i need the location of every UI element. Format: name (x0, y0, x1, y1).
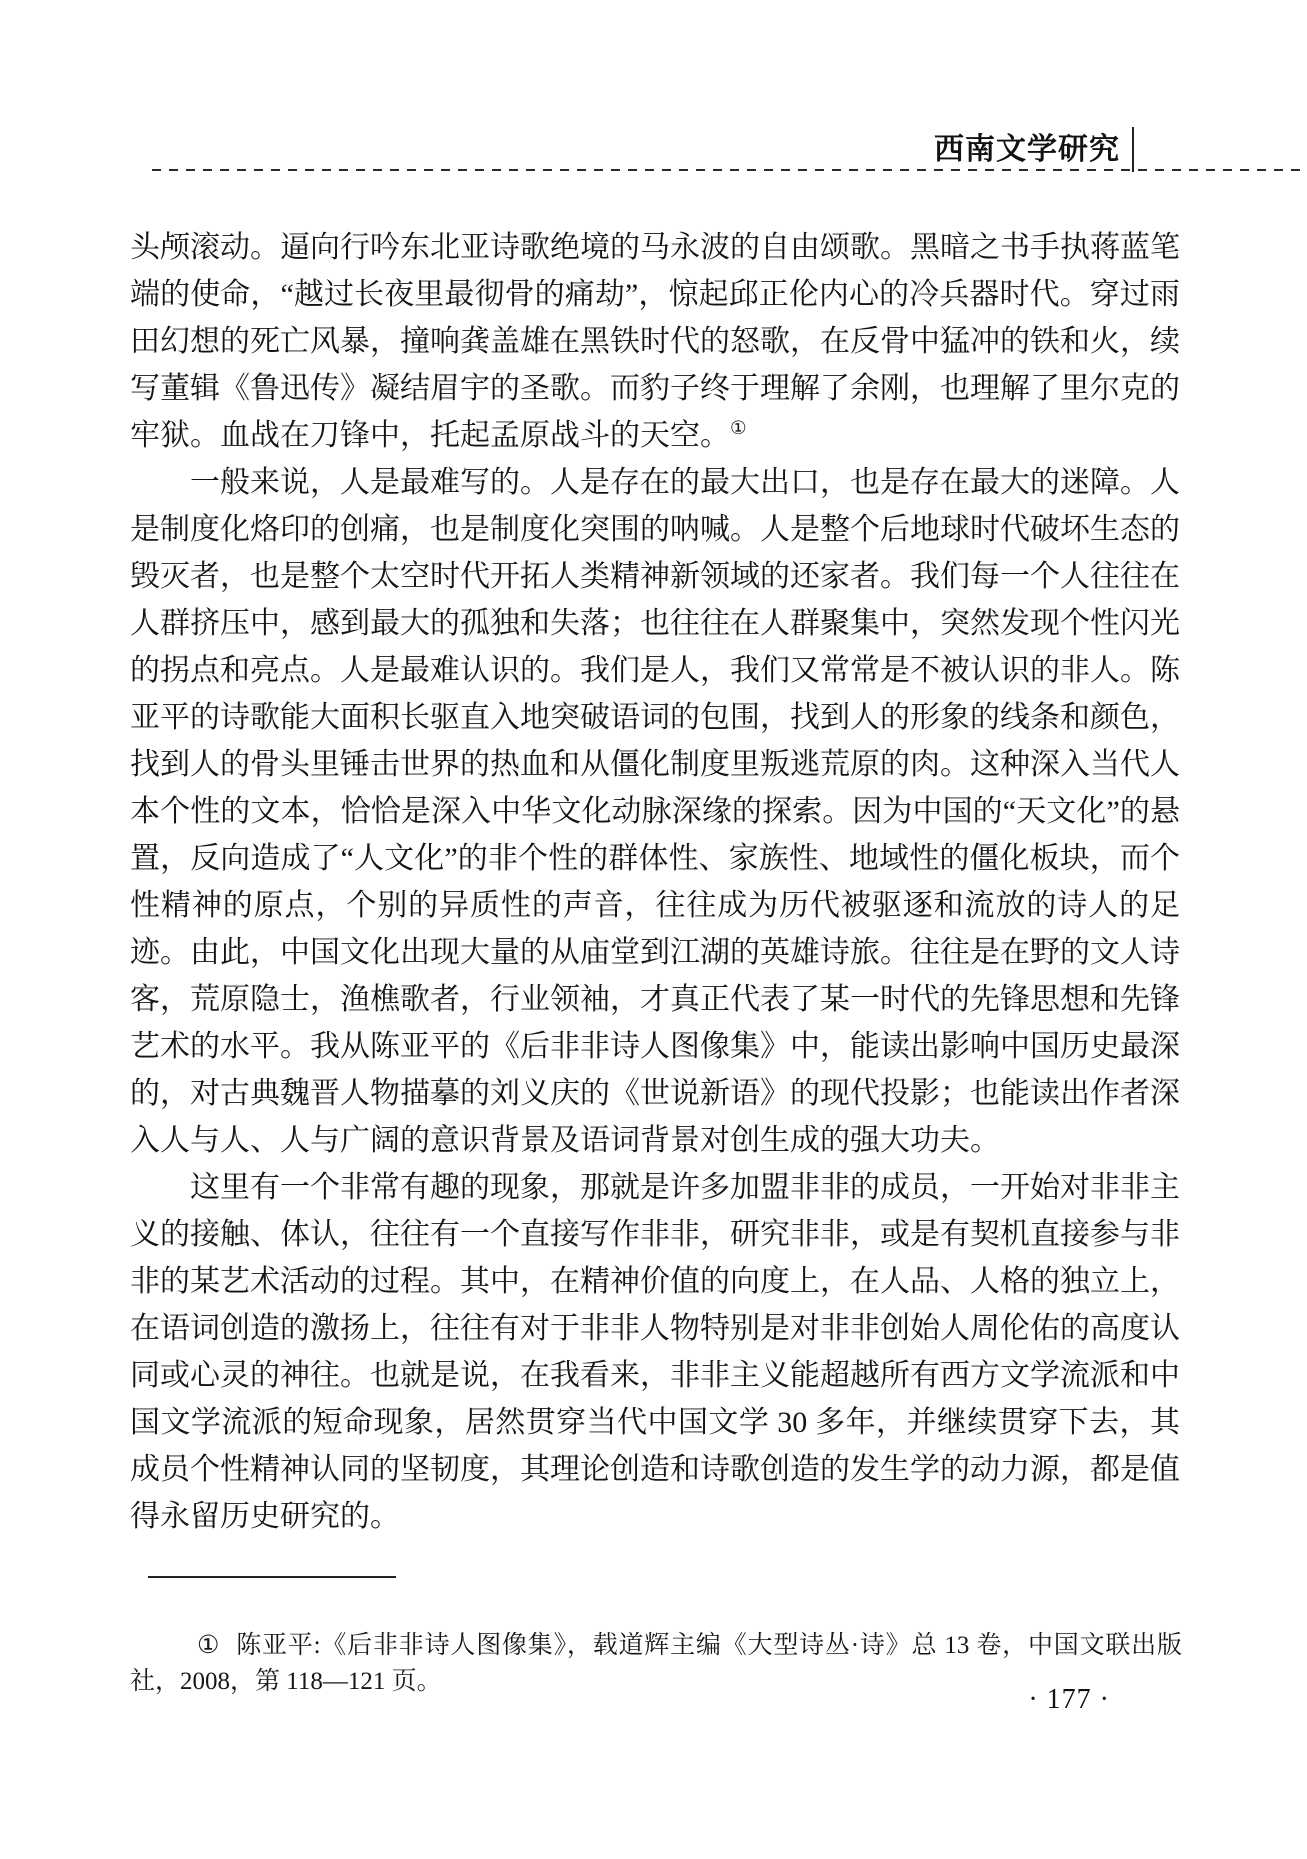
header-dashed-rule (152, 169, 1307, 171)
running-head-title: 西南文学研究 (934, 130, 1120, 170)
paragraph-1-text: 头颅滚动。逼向行吟东北亚诗歌绝境的马永波的自由颂歌。黑暗之书手执蒋蓝笔端的使命，… (130, 231, 1180, 452)
header-divider-line (1132, 127, 1134, 172)
footnote-reference-marker: ① (730, 418, 747, 439)
book-page: 西南文学研究 头颅滚动。逼向行吟东北亚诗歌绝境的马永波的自由颂歌。黑暗之书手执蒋… (0, 0, 1307, 1859)
footnote-marker: ① (197, 1632, 220, 1659)
paragraph-2: 一般来说，人是最难写的。人是存在的最大出口，也是存在最大的迷障。人是制度化烙印的… (130, 459, 1180, 1164)
page-body-text: 头颅滚动。逼向行吟东北亚诗歌绝境的马永波的自由颂歌。黑暗之书手执蒋蓝笔端的使命，… (130, 224, 1180, 1540)
page-number: · 177 · (1028, 1684, 1110, 1716)
paragraph-1: 头颅滚动。逼向行吟东北亚诗歌绝境的马永波的自由颂歌。黑暗之书手执蒋蓝笔端的使命，… (130, 224, 1180, 459)
footnote-separator-rule (148, 1576, 396, 1578)
footnote-text: 陈亚平:《后非非诗人图像集》，载道辉主编《大型诗丛·诗》总 13 卷，中国文联出… (130, 1632, 1182, 1695)
footnote: ①陈亚平:《后非非诗人图像集》，载道辉主编《大型诗丛·诗》总 13 卷，中国文联… (130, 1628, 1182, 1700)
paragraph-3: 这里有一个非常有趣的现象，那就是许多加盟非非的成员，一开始对非非主义的接触、体认… (130, 1164, 1180, 1540)
